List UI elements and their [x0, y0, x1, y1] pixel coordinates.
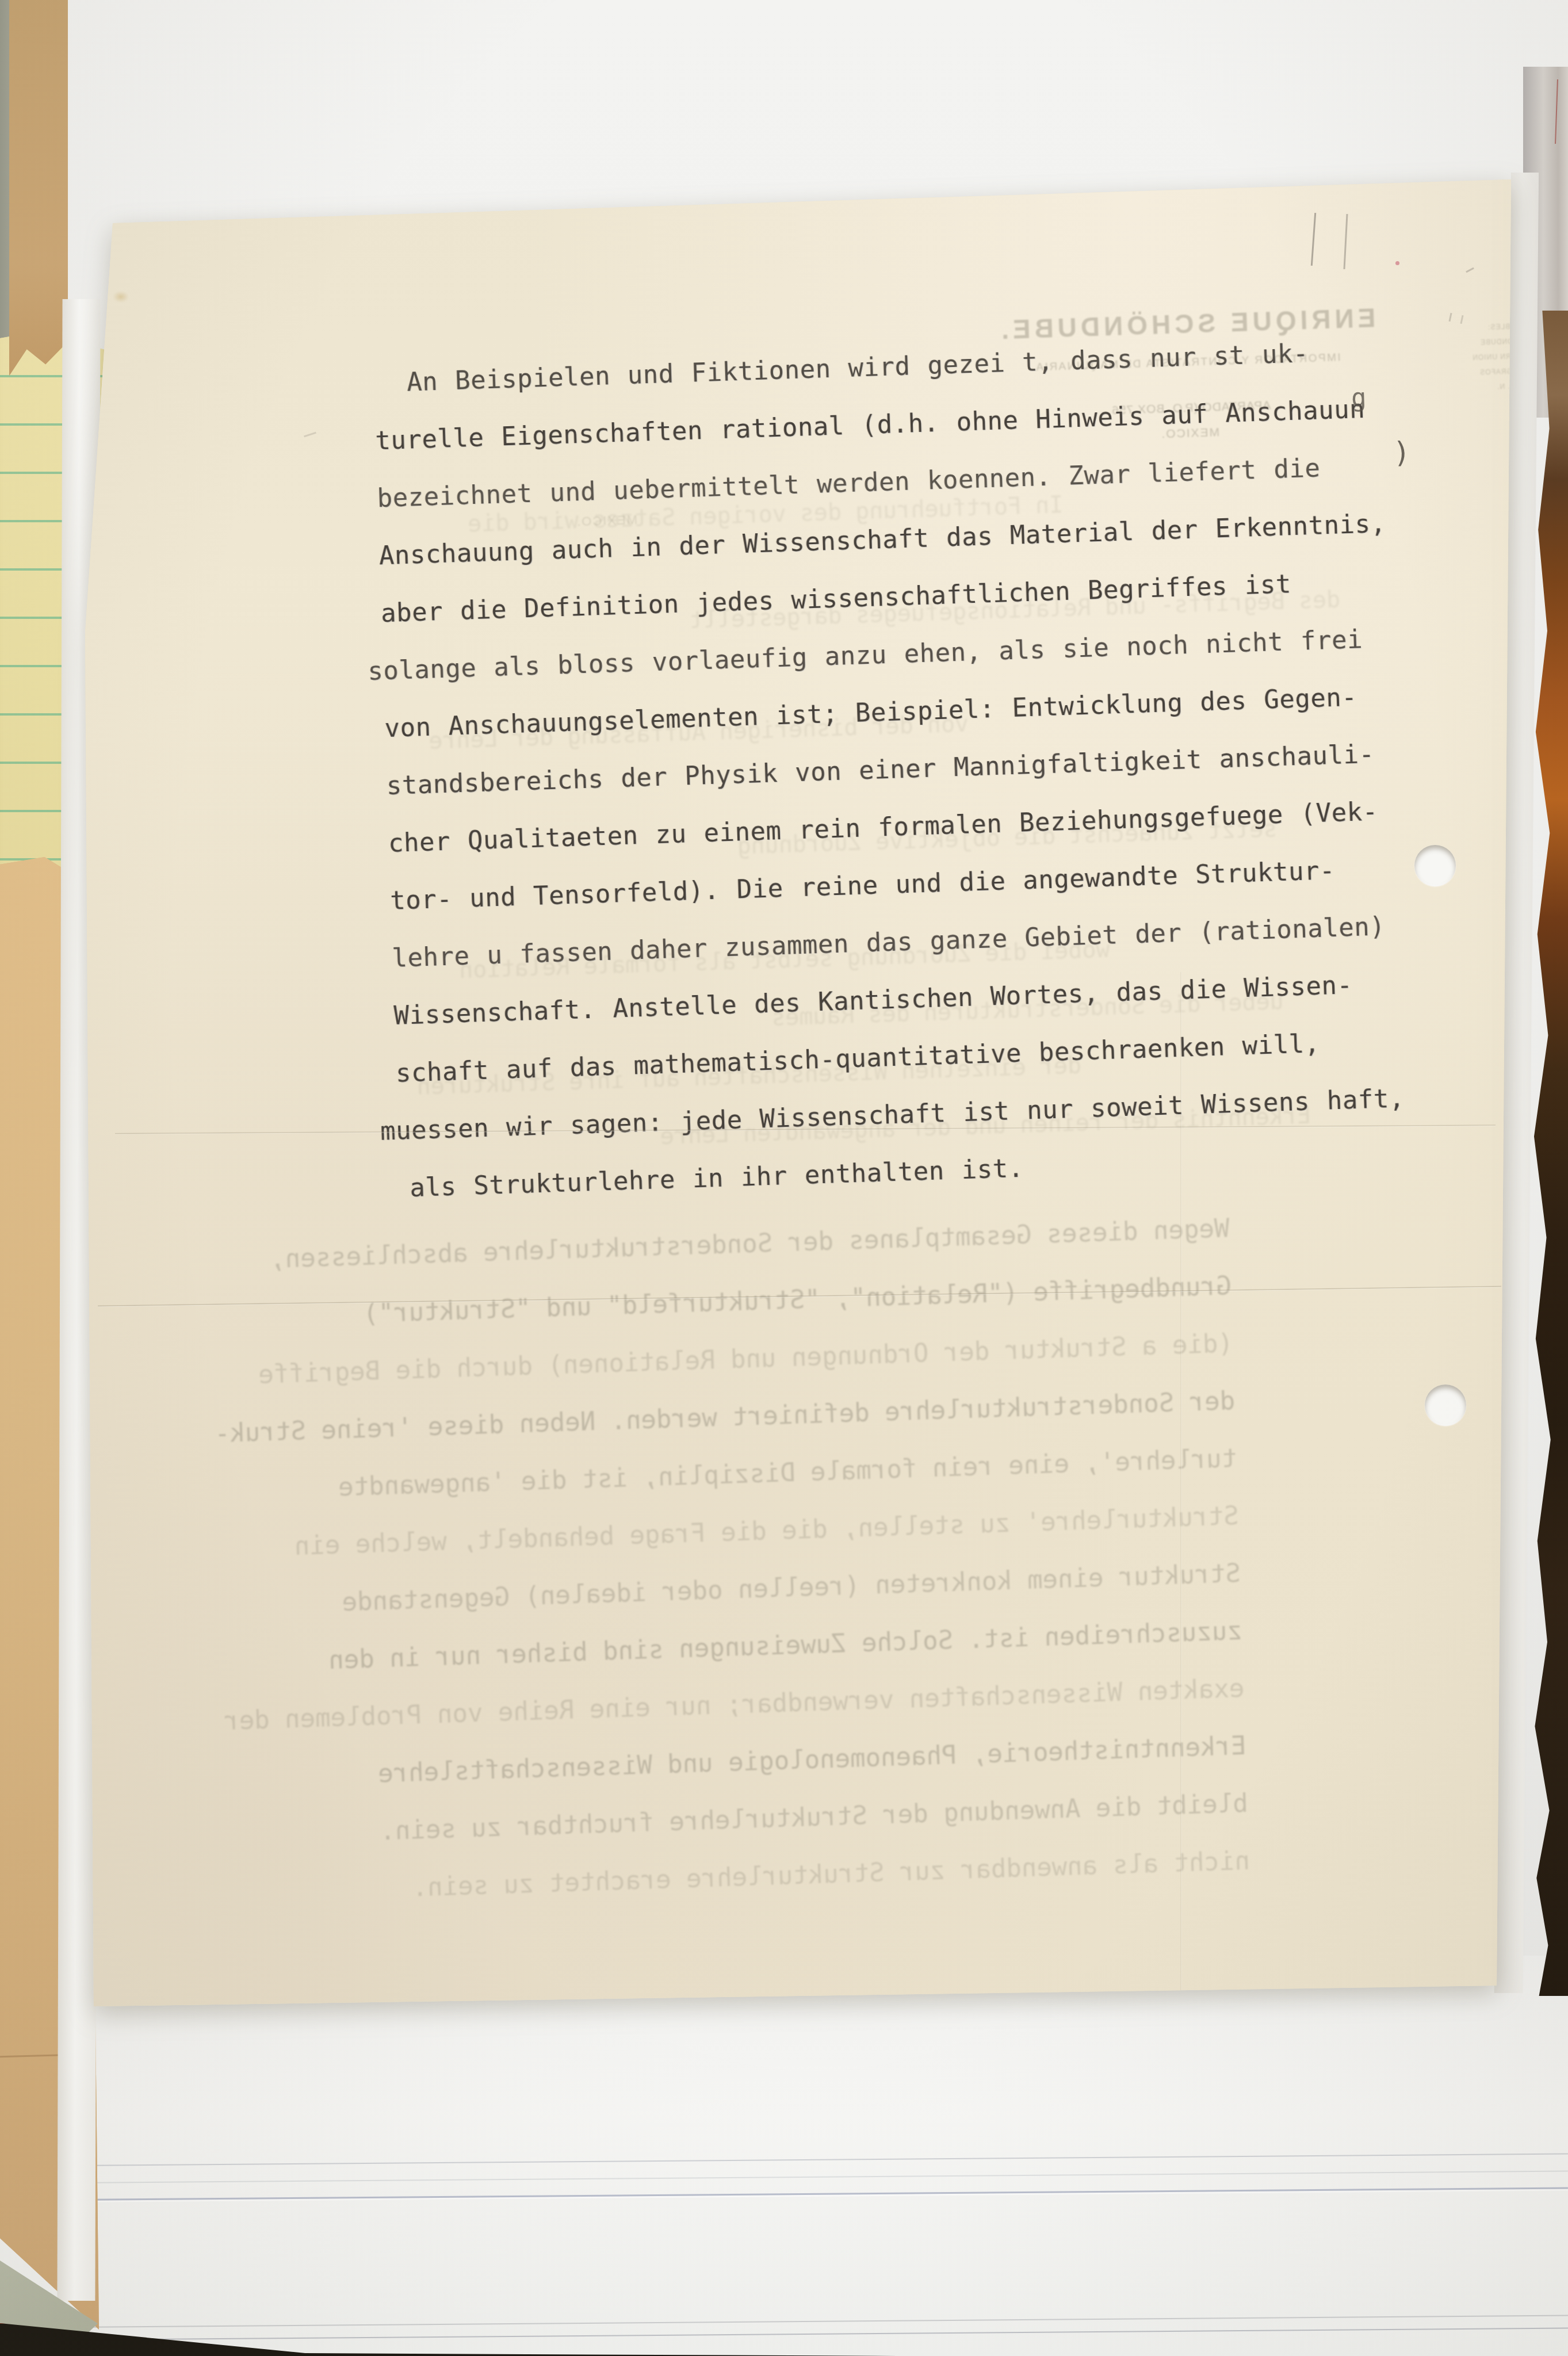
letterhead-side-line: CABLES: — [1470, 318, 1539, 335]
main-document-page: ENRIQUE SCHÖNDUBE. IMPORTADOR Y CONTRATI… — [0, 0, 1568, 2356]
ghost-paragraph-bleedthrough: Wegen dieses Gesamtplanes der Sonderstru… — [146, 1200, 1251, 1925]
letterhead-side-line: R. N. — [1471, 378, 1541, 395]
page-content: ENRIQUE SCHÖNDUBE. IMPORTADOR Y CONTRATI… — [113, 178, 1567, 2011]
typed-overflow-paren: ) — [1393, 435, 1411, 469]
vertical-fold-crease — [1180, 972, 1182, 1990]
typed-overflow-g: g — [1351, 383, 1367, 413]
photo-of-typewritten-document: ENRIQUE SCHÖNDUBE. IMPORTADOR Y CONTRATI… — [0, 0, 1568, 2356]
punch-hole-top — [1414, 845, 1456, 886]
age-stain — [113, 291, 129, 303]
main-document-page-wrapper: ENRIQUE SCHÖNDUBE. IMPORTADOR Y CONTRATI… — [0, 0, 1568, 2356]
pink-ink-dot — [1395, 261, 1399, 265]
letterhead-side-column: CABLES: SCHONDUBE WESTERN UNION TELEGRAF… — [1470, 318, 1541, 395]
letterhead-side-line: SCHONDUBE — [1470, 333, 1540, 350]
typed-paragraph: An Beispielen und Fiktionen wird gezei t… — [373, 321, 1458, 1218]
letterhead-side-line: WESTERN UNION — [1470, 348, 1540, 365]
letterhead-side-line: TELEGRAFOS — [1471, 363, 1540, 380]
punch-hole-bottom — [1425, 1384, 1466, 1426]
